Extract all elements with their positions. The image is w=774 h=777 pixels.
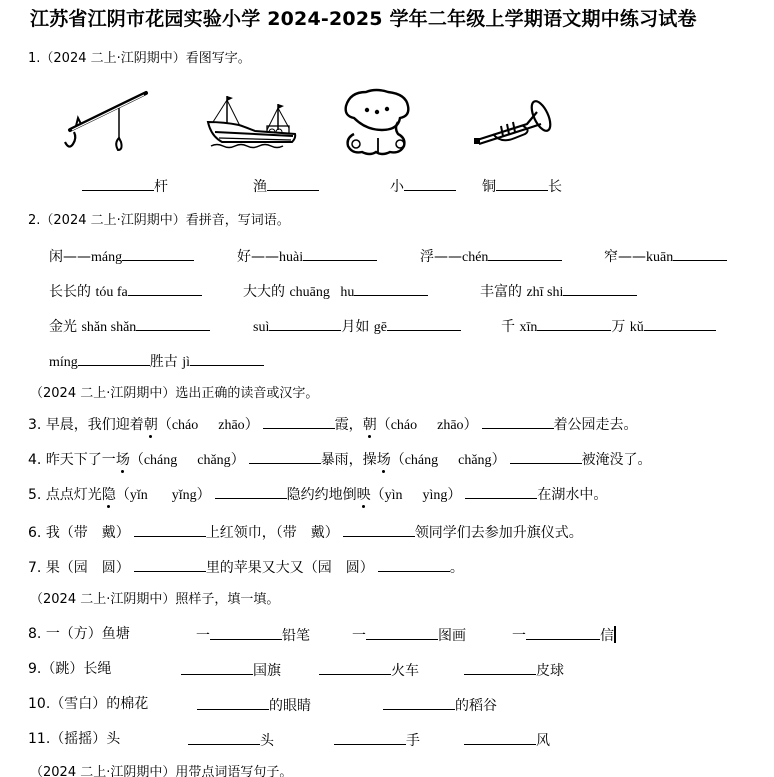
answer-blank[interactable] [210, 625, 282, 640]
answer-blank[interactable] [190, 351, 264, 366]
section-heading-pronunciation: （2024 二上·江阴期中）选出正确的读音或汉字。 [30, 385, 318, 403]
answer-blank[interactable] [510, 449, 582, 464]
q9-item: 国旗 [181, 660, 281, 680]
question-7: 7. 果（园 圆）里的苹果又大又（园 圆）。 [28, 557, 464, 577]
question-11: 11.（摇摇）头 [28, 730, 120, 748]
q8-item: 一铅笔 [196, 625, 310, 645]
answer-blank[interactable] [78, 351, 150, 366]
answer-blank[interactable] [464, 730, 536, 745]
answer-blank[interactable] [215, 484, 287, 499]
q8-item: 一信 [512, 625, 616, 645]
answer-blank[interactable] [673, 246, 727, 261]
q1-item-1: 杆 [82, 176, 168, 196]
answer-blank[interactable] [82, 176, 154, 191]
q2-item: suì月如 gē [253, 316, 461, 337]
answer-blank[interactable] [482, 414, 554, 429]
text-cursor [614, 626, 616, 643]
page-title: 江苏省江阴市花园实验小学 2024-2025 学年二年级上学期语文期中练习试卷 [30, 4, 697, 31]
answer-blank[interactable] [644, 316, 716, 331]
puppy-image [340, 88, 416, 158]
q2-item: 闲——máng [49, 246, 194, 267]
q2-item: 长长的 tóu fa [49, 281, 202, 302]
answer-blank[interactable] [465, 484, 537, 499]
q2-item: 大大的 chuāng hu [243, 281, 428, 302]
question-1-heading: 1.（2024 二上·江阴期中）看图写字。 [28, 50, 251, 68]
q9-item: 皮球 [464, 660, 564, 680]
q2-item: 浮——chén [420, 246, 562, 267]
answer-blank[interactable] [366, 625, 438, 640]
answer-blank[interactable] [334, 730, 406, 745]
answer-blank[interactable] [303, 246, 377, 261]
fishing-boat-image [205, 92, 297, 152]
answer-blank[interactable] [537, 316, 611, 331]
q2-item: míng胜古 jì [49, 351, 264, 372]
q2-item: 千 xīn万 kǔ [501, 316, 716, 337]
answer-blank[interactable] [267, 176, 319, 191]
answer-blank[interactable] [128, 281, 202, 296]
answer-blank[interactable] [488, 246, 562, 261]
q1-item-2: 渔 [253, 176, 319, 196]
q1-item-3: 小 [390, 176, 456, 196]
answer-blank[interactable] [197, 695, 269, 710]
section-heading-fill-in: （2024 二上·江阴期中）照样子，填一填。 [30, 591, 279, 609]
q11-item: 风 [464, 730, 550, 750]
q11-item: 头 [188, 730, 274, 750]
answer-blank[interactable] [122, 246, 194, 261]
q1-item-4: 铜长 [482, 176, 562, 196]
q2-item: 窄——kuān [604, 246, 727, 267]
question-2-heading: 2.（2024 二上·江阴期中）看拼音，写词语。 [28, 212, 290, 230]
fishing-rod-image [62, 88, 152, 158]
q2-item: 好——huài [237, 246, 377, 267]
question-10: 10.（雪白）的棉花 [28, 695, 148, 713]
answer-blank[interactable] [354, 281, 428, 296]
question-8: 8. 一（方）鱼塘 [28, 625, 130, 643]
answer-blank[interactable] [249, 449, 321, 464]
answer-blank[interactable] [526, 625, 600, 640]
answer-blank[interactable] [563, 281, 637, 296]
q11-item: 手 [334, 730, 420, 750]
answer-blank[interactable] [181, 660, 253, 675]
answer-blank[interactable] [378, 557, 450, 572]
answer-blank[interactable] [134, 557, 206, 572]
q2-item: 金光 shǎn shǎn [49, 316, 210, 337]
answer-blank[interactable] [319, 660, 391, 675]
q9-item: 火车 [319, 660, 419, 680]
answer-blank[interactable] [136, 316, 210, 331]
trumpet-image [473, 96, 559, 150]
answer-blank[interactable] [383, 695, 455, 710]
answer-blank[interactable] [263, 414, 335, 429]
q8-item: 一图画 [352, 625, 466, 645]
answer-blank[interactable] [343, 522, 415, 537]
question-3: 3. 早晨，我们迎着朝（cháozhāo）霞，朝（cháozhāo）着公园走去。 [28, 414, 638, 435]
question-9: 9.（跳）长绳 [28, 660, 111, 678]
answer-blank[interactable] [269, 316, 341, 331]
answer-blank[interactable] [188, 730, 260, 745]
answer-blank[interactable] [134, 522, 206, 537]
question-4: 4. 昨天下了一场（chángchǎng）暴雨，操场（chángchǎng）被淹… [28, 449, 652, 470]
q2-item: 丰富的 zhī shi [480, 281, 637, 302]
answer-blank[interactable] [387, 316, 461, 331]
q10-item: 的眼睛 [197, 695, 311, 715]
question-5: 5. 点点灯光隐（yǐnyǐng）隐约约地倒映（yìnyìng）在湖水中。 [28, 484, 607, 505]
answer-blank[interactable] [404, 176, 456, 191]
section-heading-sentences: （2024 二上·江阴期中）用带点词语写句子。 [30, 764, 292, 777]
answer-blank[interactable] [496, 176, 548, 191]
q10-item: 的稻谷 [383, 695, 497, 715]
answer-blank[interactable] [464, 660, 536, 675]
question-6: 6. 我（带 戴）上红领巾，（带 戴）领同学们去参加升旗仪式。 [28, 522, 583, 542]
